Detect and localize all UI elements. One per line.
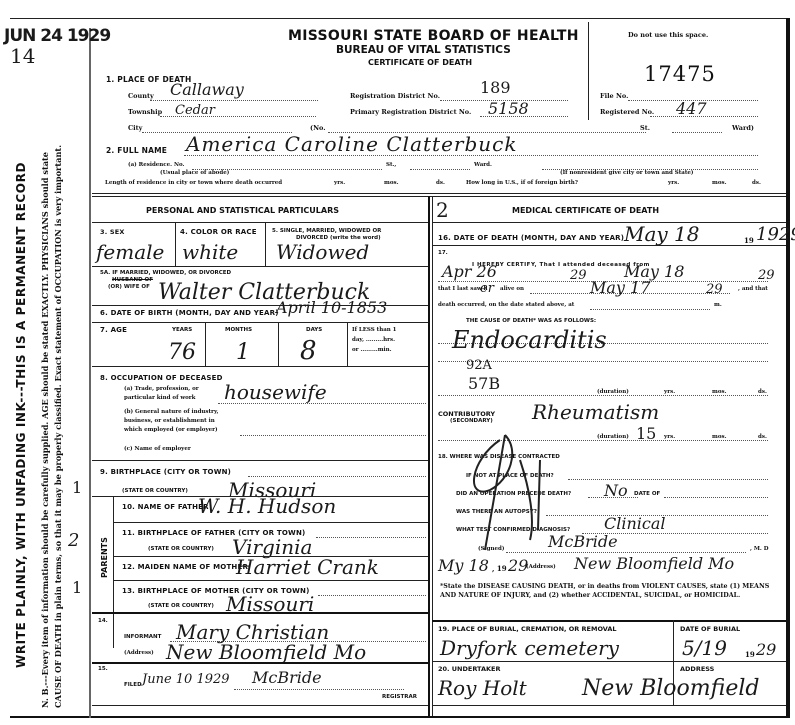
row-rule-10 <box>92 612 428 614</box>
residence-label: (a) Residence. No. <box>128 162 184 168</box>
received-stamp: JUN 24 1929 <box>4 26 110 46</box>
dod-rule <box>432 245 786 246</box>
residence-st: St., <box>386 162 396 168</box>
sex-divider <box>175 222 176 266</box>
burial-century: 19 <box>745 650 755 659</box>
informant-address-label: (Address) <box>124 650 154 656</box>
duration-yrs-2: yrs. <box>664 434 675 440</box>
residence-ward: Ward. <box>474 162 492 168</box>
full-name-value: America Caroline Clatterbuck <box>186 132 517 156</box>
personal-title-rule <box>92 222 428 223</box>
nonresident-note: (If nonresident give city or town and St… <box>560 170 694 176</box>
occupation-c: (c) Name of employer <box>124 446 191 452</box>
file-no-label: File No. <box>600 92 628 100</box>
duration-ds-1: ds. <box>758 389 767 395</box>
burial-rule-top <box>432 620 786 622</box>
section-divider-top <box>92 193 786 194</box>
age-months-value: 1 <box>236 340 250 365</box>
alive-on-year: 29 <box>706 282 723 297</box>
st-label: St. <box>640 124 650 132</box>
filed-date: June 10 1929 <box>142 672 230 687</box>
header-title: MISSOURI STATE BOARD OF HEALTH <box>288 28 579 44</box>
cause-code-2: 57B <box>468 374 500 393</box>
attended-to-year: 29 <box>758 268 775 283</box>
last-saw-pronoun: er <box>480 281 494 296</box>
column-divider-2 <box>432 196 433 716</box>
birthplace-state-label: (STATE OR COUNTRY) <box>122 488 188 494</box>
registered-no-label: Registered No. <box>600 108 654 116</box>
duration-mos-1: mos. <box>712 389 727 395</box>
race-divider <box>265 222 266 266</box>
duration-yrs-1: yrs. <box>664 389 675 395</box>
undertaker-value: Roy Holt <box>438 676 527 700</box>
spouse-label-c: (OR) WIFE OF <box>108 284 150 290</box>
registrar-signature: McBride <box>252 668 322 687</box>
signed-century: , 19 <box>492 564 507 573</box>
occupation-a1: (a) Trade, profession, or <box>124 386 199 392</box>
race-label: 4. COLOR OR RACE <box>180 228 257 236</box>
informant-number: 14. <box>98 618 108 624</box>
side-note-line2: CAUSE OF DEATH in plain terms, so that i… <box>53 145 63 708</box>
medical-section-title: MEDICAL CERTIFICATE OF DEATH <box>512 206 659 215</box>
section-divider-top-2 <box>92 196 786 197</box>
years-label: YEARS <box>172 327 192 333</box>
medical-title-rule <box>432 222 786 223</box>
md-label: , M. D <box>750 546 769 552</box>
filed-label: FILED <box>124 682 142 688</box>
length-yrs: yrs. <box>334 180 345 186</box>
occupation-value: housewife <box>224 380 327 404</box>
row-rule-1 <box>92 266 428 267</box>
marital-value: Widowed <box>276 240 369 264</box>
duration-ds-2: ds. <box>758 434 767 440</box>
death-occurred-label: death occurred, on the date stated above… <box>438 302 574 308</box>
address-label: (Address) <box>526 564 556 570</box>
length-ds: ds. <box>436 180 445 186</box>
undertaker-label: 20. UNDERTAKER <box>438 665 501 673</box>
row-rule-7 <box>113 522 428 523</box>
age-days-value: 8 <box>300 336 317 366</box>
test-value: Clinical <box>604 514 666 533</box>
registered-no-value: 447 <box>676 99 707 118</box>
length-of-residence-label: Length of residence in city or town wher… <box>105 180 282 186</box>
where-contracted-line <box>568 479 768 480</box>
dob-value: April 10-1853 <box>276 298 387 317</box>
margin-mark-2: 2 <box>68 530 79 551</box>
side-instruction-main: WRITE PLAINLY, WITH UNFADING INK---THIS … <box>14 162 28 668</box>
marginal-number: 14 <box>10 44 35 68</box>
registration-district-value: 189 <box>480 78 511 97</box>
dod-century: 19 <box>744 236 754 245</box>
township-label: Township <box>128 108 162 116</box>
row-rule-11 <box>92 662 428 664</box>
race-value: white <box>182 240 238 264</box>
burial-value: Dryfork cemetery <box>440 636 619 660</box>
attended-from-year: 29 <box>570 268 587 283</box>
county-value: Callaway <box>170 80 244 99</box>
industry-line <box>240 435 426 436</box>
primary-registration-label: Primary Registration District No. <box>350 108 471 116</box>
filed-number: 15. <box>98 666 108 672</box>
reserved-note: Do not use this space. <box>628 31 708 39</box>
personal-section-title: PERSONAL AND STATISTICAL PARTICULARS <box>146 206 339 215</box>
registration-district-label: Registration District No. <box>350 92 440 100</box>
months-label: MONTHS <box>225 327 252 333</box>
birthplace-label: 9. BIRTHPLACE (CITY OR TOWN) <box>100 468 231 476</box>
primary-registration-value: 5158 <box>488 99 529 118</box>
date-of-label: DATE OF <box>634 491 660 497</box>
burial-label: 19. PLACE OF BURIAL, CREMATION, OR REMOV… <box>438 625 617 633</box>
city-label: City <box>128 124 142 132</box>
duration-label-2: (duration) <box>596 434 630 440</box>
no-label: (No. <box>310 124 326 132</box>
date-of-line <box>664 497 768 498</box>
dod-label: 16. DATE OF DEATH (MONTH, DAY AND YEAR) <box>438 234 624 242</box>
time-suffix: m. <box>714 302 722 308</box>
residence-ward-line <box>410 169 470 170</box>
parents-divider <box>113 496 114 648</box>
contributory-duration: 15 <box>636 424 656 443</box>
mother-label: 12. MAIDEN NAME OF MOTHER <box>122 563 248 571</box>
bottom-border <box>10 716 790 718</box>
left-margin-rule <box>89 28 91 718</box>
foreign-ds: ds. <box>752 180 761 186</box>
column-divider <box>428 196 430 716</box>
header-subtitle: BUREAU OF VITAL STATISTICS <box>336 44 511 56</box>
alive-on-value: May 17 <box>590 278 650 297</box>
death-time-line <box>590 309 710 310</box>
header-form-name: CERTIFICATE OF DEATH <box>368 58 472 67</box>
initials-scrawl-icon <box>460 430 580 560</box>
age-label: 7. AGE <box>100 326 127 334</box>
sex-value: female <box>96 240 164 264</box>
spouse-label-a: 5A. IF MARRIED, WIDOWED, OR DIVORCED <box>100 270 231 276</box>
father-label: 10. NAME OF FATHER <box>122 503 209 511</box>
dod-year: 1929 <box>756 224 795 245</box>
township-value: Cedar <box>175 103 215 118</box>
age-divider-3 <box>347 322 348 366</box>
age-divider-1 <box>205 322 206 366</box>
county-label: County <box>128 92 154 100</box>
cause-label: THE CAUSE OF DEATH* WAS AS FOLLOWS: <box>466 318 596 324</box>
less-min: or .........min. <box>352 347 392 353</box>
length-mos: mos. <box>384 180 399 186</box>
right-border <box>786 18 790 716</box>
header-divider <box>588 22 589 120</box>
alive-on-label: alive on <box>500 286 524 292</box>
burial-rule-mid <box>432 661 786 662</box>
father-birthplace-line <box>316 537 426 538</box>
undertaker-address-label: ADDRESS <box>680 665 714 673</box>
medical-annotation: 2 <box>436 198 449 222</box>
duration-line-1 <box>438 395 768 396</box>
dob-label: 6. DATE OF BIRTH (MONTH, DAY AND YEAR) <box>100 309 279 317</box>
less-day: day, .........hrs. <box>352 337 395 343</box>
ward-label: Ward) <box>732 124 754 132</box>
father-value: W. H. Hudson <box>198 494 336 518</box>
full-name-label: 2. FULL NAME <box>106 146 167 155</box>
age-divider-2 <box>278 322 279 366</box>
duration-mos-2: mos. <box>712 434 727 440</box>
foreign-yrs: yrs. <box>668 180 679 186</box>
mother-birthplace-line <box>318 595 426 596</box>
burial-date-label: DATE OF BURIAL <box>680 625 740 633</box>
occupation-b2: business, or establishment in <box>124 418 215 424</box>
spouse-label-b: HUSBAND OF <box>112 277 153 283</box>
physician-address: New Bloomfield Mo <box>574 554 734 573</box>
row-rule-5 <box>92 460 428 461</box>
cause-code-1: 92A <box>466 358 492 373</box>
undertaker-address-value: New Bloomfield <box>582 676 759 701</box>
and-that-text: , and that <box>738 286 768 292</box>
occupation-b1: (b) General nature of industry, <box>124 409 219 415</box>
foreign-mos: mos. <box>712 180 727 186</box>
duration-label-1: (duration) <box>596 389 630 395</box>
contributory-value: Rheumatism <box>532 400 659 424</box>
side-note-line1: N. B.---Every item of information should… <box>40 152 50 708</box>
residence-sublabel: (Usual place of abode) <box>160 170 229 176</box>
sex-label: 3. SEX <box>100 228 125 236</box>
row-rule-9 <box>113 580 428 581</box>
margin-mark-3: 1 <box>72 578 82 597</box>
occupation-b3: which employed (or employer) <box>124 427 218 433</box>
burial-rule-bottom <box>432 705 786 706</box>
occupation-label: 8. OCCUPATION OF DECEASED <box>100 374 223 382</box>
cause-value: Endocarditis <box>452 326 607 354</box>
row-rule-3 <box>92 322 428 323</box>
parents-label: PARENTS <box>100 537 109 578</box>
operation-value: No <box>604 481 628 500</box>
mother-state-label: (STATE OR COUNTRY) <box>148 603 214 609</box>
foreign-birth-label: How long in U.S., if of foreign birth? <box>466 180 578 186</box>
burial-year: 29 <box>756 640 776 659</box>
footnote: *State the DISEASE CAUSING DEATH, or in … <box>440 582 778 600</box>
burial-date-value: 5/19 <box>682 636 727 660</box>
marital-label: 5. SINGLE, MARRIED, WIDOWED OR <box>272 228 381 234</box>
less-than-label: If LESS than 1 <box>352 327 397 333</box>
certify-number: 17. <box>438 250 448 256</box>
row-rule-12 <box>92 705 428 706</box>
attended-from: Apr 26 <box>442 262 497 281</box>
mother-value: Harriet Crank <box>236 555 379 579</box>
age-years-value: 76 <box>168 340 196 365</box>
margin-mark-1: 1 <box>72 478 82 497</box>
registrar-label: REGISTRAR <box>382 694 417 700</box>
county-line <box>150 100 318 101</box>
dod-value: May 18 <box>624 222 700 246</box>
ward-line <box>672 132 722 133</box>
birthplace-line <box>248 476 426 477</box>
informant-address-value: New Bloomfield Mo <box>166 640 366 664</box>
father-state-label: (STATE OR COUNTRY) <box>148 546 214 552</box>
informant-label: INFORMANT <box>124 634 161 640</box>
registrar-line <box>234 689 404 690</box>
secondary-label: (SECONDARY) <box>450 418 493 424</box>
certificate-number: 17475 <box>644 62 716 86</box>
contributory-label: CONTRIBUTORY <box>438 410 495 418</box>
row-rule-4 <box>92 366 428 367</box>
occupation-a2: particular kind of work <box>124 395 195 401</box>
days-label: DAYS <box>306 327 322 333</box>
